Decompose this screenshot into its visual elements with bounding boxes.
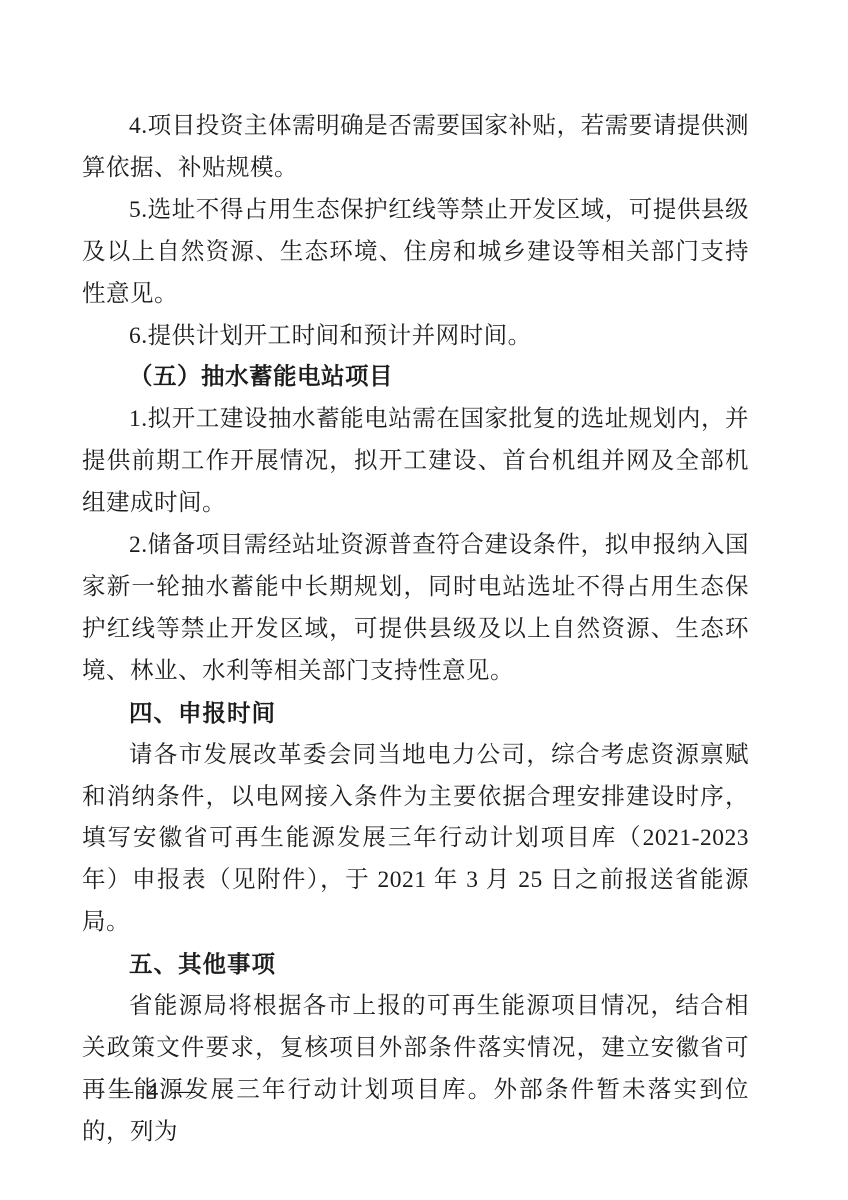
paragraph: 5.选址不得占用生态保护红线等禁止开发区域，可提供县级及以上自然资源、生态环境、… — [82, 190, 749, 316]
paragraph: 1.拟开工建设抽水蓄能电站需在国家批复的选址规划内，并提供前期工作开展情况，拟开… — [82, 399, 749, 525]
section-heading: 五、其他事项 — [82, 944, 749, 986]
paragraph: 2.储备项目需经站址资源普查符合建设条件，拟申报纳入国家新一轮抽水蓄能中长期规划… — [82, 525, 749, 693]
paragraph: 省能源局将根据各市上报的可再生能源项目情况，结合相关政策文件要求，复核项目外部条… — [82, 986, 749, 1154]
document-page: 4.项目投资主体需明确是否需要国家补贴，若需要请提供测算依据、补贴规模。5.选址… — [0, 0, 848, 1200]
section-heading: （五）抽水蓄能电站项目 — [82, 357, 749, 399]
page-number: — 4 — — [110, 1076, 199, 1106]
section-heading: 四、申报时间 — [82, 693, 749, 735]
paragraph: 6.提供计划开工时间和预计并网时间。 — [82, 316, 749, 358]
paragraph: 请各市发展改革委会同当地电力公司，综合考虑资源禀赋和消纳条件，以电网接入条件为主… — [82, 735, 749, 945]
paragraph: 4.项目投资主体需明确是否需要国家补贴，若需要请提供测算依据、补贴规模。 — [82, 106, 749, 190]
document-body: 4.项目投资主体需明确是否需要国家补贴，若需要请提供测算依据、补贴规模。5.选址… — [82, 106, 749, 1154]
